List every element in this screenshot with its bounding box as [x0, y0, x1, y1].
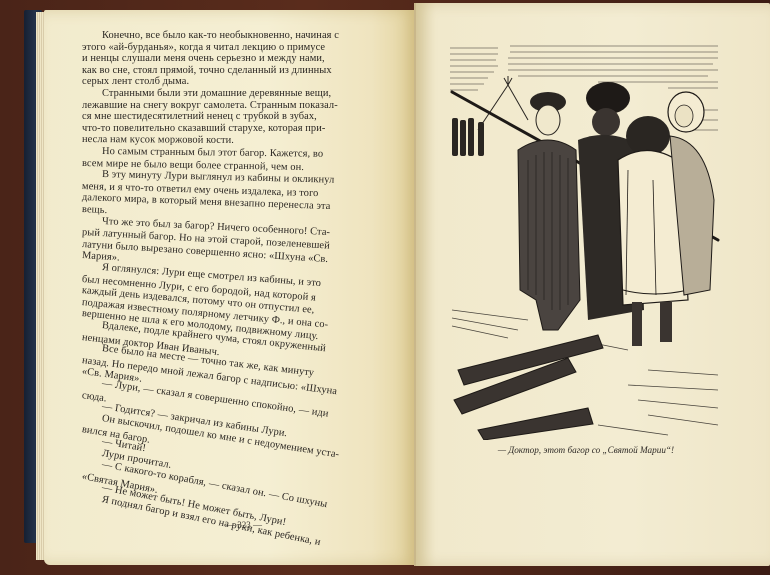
text-line: и ненцы слушали меня очень серьезно и ме…: [82, 53, 325, 64]
illustration: [448, 40, 724, 440]
book-gutter: [414, 3, 416, 566]
text-line: серых лент столб дыма.: [82, 76, 189, 87]
text-line: Конечно, все было как-то необыкновенно, …: [102, 30, 339, 41]
text-line: вещь.: [82, 204, 108, 216]
figure-young-man: [518, 92, 580, 330]
text-line: что-то повелительно сказавший старухе, к…: [82, 123, 325, 134]
logs: [454, 335, 603, 440]
text-line: несла нам кусок моржовой кости.: [82, 134, 234, 146]
text-line: ся мне шестидесятилетний ненец с трубкой…: [82, 111, 317, 122]
illustration-caption: — Доктор, этот багор со „Святой Марии“!: [452, 445, 720, 455]
text-line: этого «ай-бурданья», когда я читал лекци…: [82, 42, 325, 53]
distant-people: [452, 118, 484, 156]
text-line: как во сне, стоял прямой, точно сделанны…: [82, 65, 332, 76]
text-line: лежавшие на снегу вокруг самолета. Стран…: [82, 100, 338, 111]
text-line: Странными были эти домашние деревянные в…: [102, 88, 331, 99]
